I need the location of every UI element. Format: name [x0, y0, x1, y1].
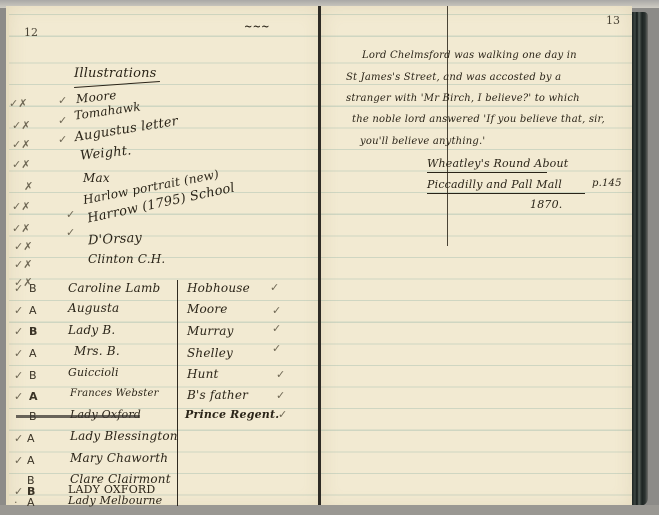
row-letter: A — [29, 347, 37, 360]
illustration-item: D'Orsay — [88, 231, 143, 249]
right-page-number: 13 — [606, 14, 620, 27]
status-mark: ✓✗ — [9, 97, 27, 110]
source-subtitle: Piccadilly and Pall Mall — [427, 178, 562, 191]
right-tick: ✓ — [272, 342, 281, 355]
person-name: Frances Webster — [70, 388, 159, 399]
illustration-item: Clinton C.H. — [88, 252, 165, 266]
source-title-underline — [427, 172, 547, 173]
person-name: Lady Blessington — [70, 429, 178, 443]
status-mark: ✓✗ — [12, 200, 30, 213]
tick-mark: ✓ — [66, 208, 75, 221]
source-title: Wheatley's Round About — [427, 157, 568, 170]
source-year: 1870. — [530, 198, 563, 211]
right-tick: ✓ — [276, 389, 285, 402]
row-tick: · — [14, 496, 18, 509]
row-tick: ✓ — [14, 454, 23, 467]
row-letter: A — [27, 454, 35, 467]
row-letter: B — [29, 369, 37, 382]
row-letter: A — [29, 390, 38, 403]
person-name: Mrs. B. — [74, 344, 120, 358]
person-right: Hobhouse — [187, 281, 250, 295]
right-tick: ✓ — [270, 281, 279, 294]
row-tick: ✓ — [14, 369, 23, 382]
person-name: Mary Chaworth — [70, 451, 168, 465]
person-right: Prince Regent. — [185, 408, 279, 421]
person-name: Caroline Lamb — [68, 281, 160, 295]
person-name: Lady B. — [68, 323, 115, 337]
status-mark: ✓✗ — [14, 240, 32, 253]
row-tick: ✓ — [14, 432, 23, 445]
row-letter: A — [27, 496, 35, 509]
page-edges — [632, 12, 648, 506]
row-tick: ✓ — [14, 304, 23, 317]
status-mark: ✓✗ — [14, 258, 32, 271]
status-mark: ✗ — [24, 180, 33, 193]
scribble-mark: ~~~ — [244, 22, 270, 33]
column-divider — [177, 280, 178, 506]
illustrations-heading: Illustrations — [74, 66, 157, 81]
text-line: the noble lord answered 'If you believe … — [352, 114, 605, 125]
tick-mark: ✓ — [66, 226, 75, 239]
person-right: Hunt — [187, 367, 219, 381]
notebook-spine — [318, 6, 321, 508]
text-line: you'll believe anything.' — [360, 136, 485, 147]
text-line: Lord Chelmsford was walking one day in — [362, 50, 577, 61]
status-mark: ✓✗ — [12, 119, 30, 132]
right-tick: ✓ — [278, 408, 287, 421]
text-line: stranger with 'Mr Birch, I believe?' to … — [346, 93, 580, 104]
person-right: Moore — [187, 302, 228, 316]
row-tick: ✓ — [14, 325, 23, 338]
row-letter: B — [29, 325, 37, 338]
status-mark: ✓✗ — [12, 222, 30, 235]
person-right: Shelley — [187, 346, 233, 360]
person-name: Augusta — [68, 301, 119, 315]
status-mark: ✓✗ — [12, 138, 30, 151]
right-tick: ✓ — [272, 322, 281, 335]
row-letter: B — [29, 282, 37, 295]
row-tick: ✓ — [14, 282, 23, 295]
person-right: Murray — [187, 324, 234, 338]
text-line: St James's Street, and was accosted by a — [346, 72, 561, 83]
person-name: Guiccioli — [68, 366, 119, 379]
right-tick: ✓ — [272, 304, 281, 317]
illustration-item: Max — [83, 171, 110, 185]
tick-mark: ✓ — [58, 133, 67, 146]
right-tick: ✓ — [276, 368, 285, 381]
row-letter: A — [27, 432, 35, 445]
person-name: Lady Melbourne — [68, 494, 162, 507]
person-right: B's father — [187, 388, 248, 402]
row-tick: ✓ — [14, 390, 23, 403]
left-page-number: 12 — [24, 26, 38, 39]
source-subtitle-underline — [427, 193, 585, 194]
status-mark: ✓✗ — [12, 158, 30, 171]
source-page: p.145 — [592, 178, 622, 189]
vertical-pencil-line — [447, 6, 448, 246]
strikethrough — [16, 415, 140, 418]
tick-mark: ✓ — [58, 114, 67, 127]
row-tick: ✓ — [14, 347, 23, 360]
tick-mark: ✓ — [58, 94, 67, 107]
row-letter: A — [29, 304, 37, 317]
